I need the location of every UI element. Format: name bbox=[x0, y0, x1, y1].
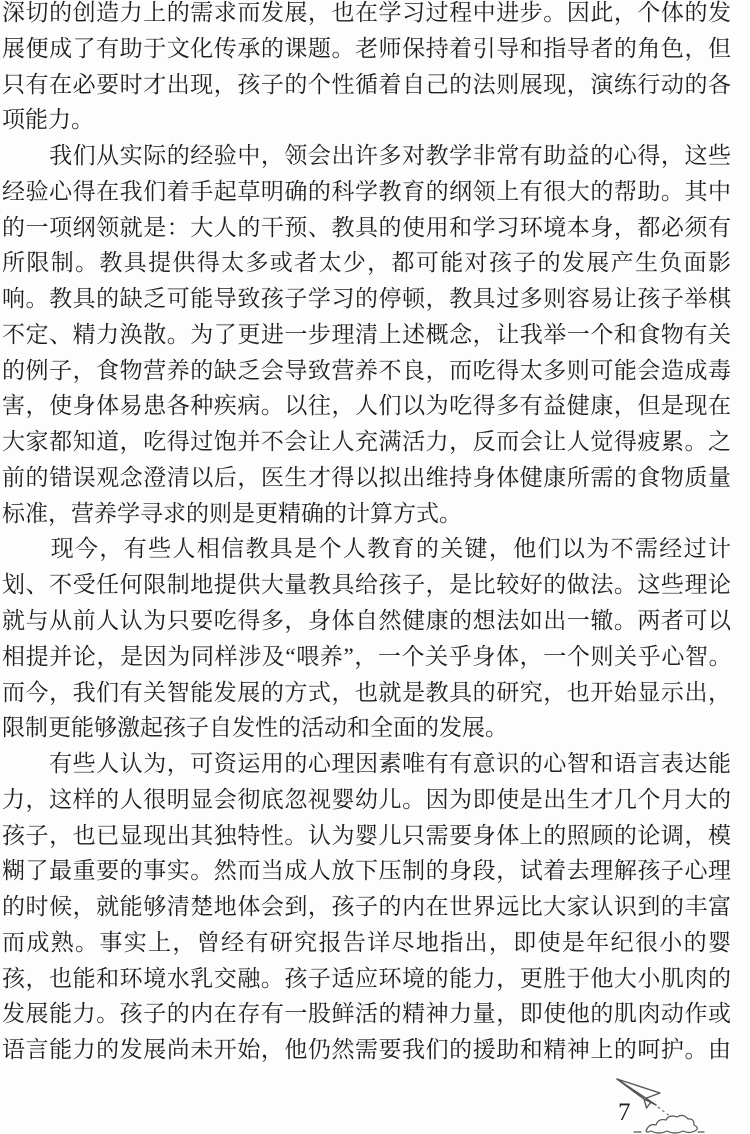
text-line: 我们从实际的经验中，领会出许多对教学非常有助益的心得，这些 bbox=[2, 138, 731, 174]
text-line: 的例子，食物营养的缺乏会导致营养不良，而吃得太多则可能会造成毒 bbox=[2, 353, 731, 389]
text-line: 大家都知道，吃得过饱并不会让人充满活力，反而会让人觉得疲累。之 bbox=[2, 424, 731, 460]
text-line: 孩，也能和环境水乳交融。孩子适应环境的能力，更胜于他大小肌肉的 bbox=[2, 961, 731, 997]
text-line: 害，使身体易患各种疾病。以往，人们以为吃得多有益健康，但是现在 bbox=[2, 388, 731, 424]
text-line: 相提并论，是因为同样涉及“喂养”，一个关乎身体，一个则关乎心智。 bbox=[2, 639, 731, 675]
text-line: 所限制。教具提供得太多或者太少，都可能对孩子的发展产生负面影 bbox=[2, 245, 731, 281]
text-line: 深切的创造力上的需求而发展，也在学习过程中进步。因此，个体的发 bbox=[2, 0, 731, 31]
text-line: 不定、精力涣散。为了更进一步理清上述概念，让我举一个和食物有关 bbox=[2, 317, 731, 353]
text-line: 发展能力。孩子的内在存有一股鲜活的精神力量，即使他的肌肉动作或 bbox=[2, 996, 731, 1032]
text-line: 的一项纲领就是：大人的干预、教具的使用和学习环境本身，都必须有 bbox=[2, 210, 731, 246]
text-line: 的时候，就能够清楚地体会到，孩子的内在世界远比大家认识到的丰富 bbox=[2, 889, 731, 925]
text-line: 有些人认为，可资运用的心理因素唯有有意识的心智和语言表达能 bbox=[2, 746, 731, 782]
text-line: 限制更能够激起孩子自发性的活动和全面的发展。 bbox=[2, 710, 731, 746]
text-line: 前的错误观念澄清以后，医生才得以拟出维持身体健康所需的食物质量 bbox=[2, 460, 731, 496]
text-line: 项能力。 bbox=[2, 102, 731, 138]
text-line: 只有在必要时才出现，孩子的个性循着自己的法则展现，演练行动的各 bbox=[2, 67, 731, 103]
text-line: 而成熟。事实上，曾经有研究报告详尽地指出，即使是年纪很小的婴 bbox=[2, 925, 731, 961]
book-page: { "page": { "lines": [ "深切的创造力上的需求而发展，也在… bbox=[0, 0, 750, 1134]
text-line: 现今，有些人相信教具是个人教育的关键，他们以为不需经过计 bbox=[2, 531, 731, 567]
dashed-trail-icon bbox=[658, 1107, 671, 1117]
text-line: 就与从前人认为只要吃得多，身体自然健康的想法如出一辙。两者可以 bbox=[2, 603, 731, 639]
page-number: 7 bbox=[618, 1099, 648, 1127]
text-line: 力，这样的人很明显会彻底忽视婴幼儿。因为即使是出生才几个月大的 bbox=[2, 782, 731, 818]
text-line: 展便成了有助于文化传承的课题。老师保持着引导和指导者的角色，但 bbox=[2, 31, 731, 67]
text-line: 糊了最重要的事实。然而当成人放下压制的身段，试着去理解孩子心理 bbox=[2, 853, 731, 889]
text-line: 而今，我们有关智能发展的方式，也就是教具的研究，也开始显示出， bbox=[2, 675, 731, 711]
text-line: 经验心得在我们着手起草明确的科学教育的纲领上有很大的帮助。其中 bbox=[2, 174, 731, 210]
text-line: 响。教具的缺乏可能导致孩子学习的停顿，教具过多则容易让孩子举棋 bbox=[2, 281, 731, 317]
text-line: 孩子，也已显现出其独特性。认为婴儿只需要身体上的照顾的论调，模 bbox=[2, 818, 731, 854]
text-line: 划、不受任何限制地提供大量教具给孩子，是比较好的做法。这些理论 bbox=[2, 567, 731, 603]
text-column: 深切的创造力上的需求而发展，也在学习过程中进步。因此，个体的发 展便成了有助于文… bbox=[2, 0, 731, 1068]
text-line: 标准，营养学寻求的则是更精确的计算方式。 bbox=[2, 496, 731, 532]
